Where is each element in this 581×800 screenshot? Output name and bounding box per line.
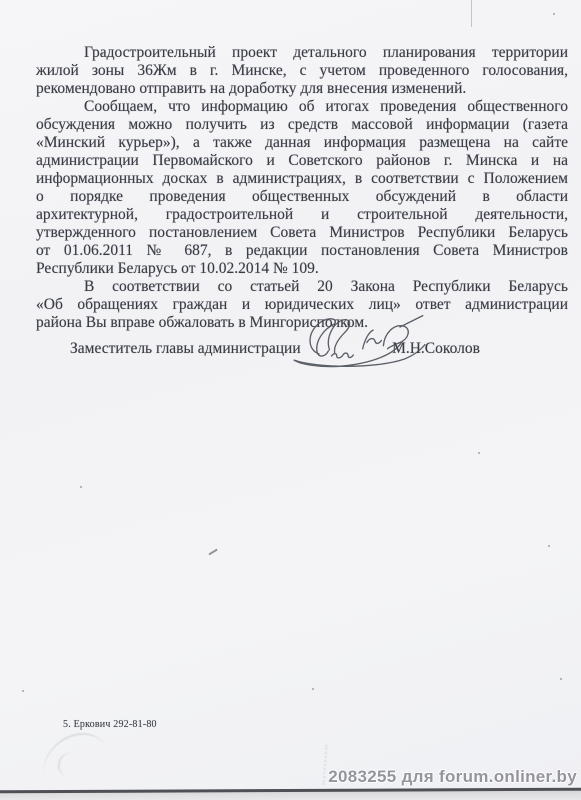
letter-line: Республики Беларусь от 10.02.2014 № 109. xyxy=(36,260,568,278)
dust-speck xyxy=(548,545,550,547)
letter-line: утвержденного постановлением Совета Мини… xyxy=(36,224,568,242)
handwritten-signature-scribble xyxy=(288,312,428,370)
letter-line: о порядке проведения общественных обсужд… xyxy=(36,188,568,206)
signer-title: Заместитель главы администрации xyxy=(70,340,301,358)
letter-line: Градостроительный проект детального план… xyxy=(36,44,568,62)
watermark-text: 2083255 для forum.onliner.by xyxy=(328,767,577,787)
letter-line: В соответствии со статьей 20 Закона Респ… xyxy=(36,278,568,296)
paper-crease-mark xyxy=(471,0,472,27)
dust-speck xyxy=(101,52,103,55)
letter-line: архитектурной, градостроительной и строи… xyxy=(36,206,568,224)
scanned-letter-page: Градостроительный проект детального план… xyxy=(0,0,581,800)
dust-speck xyxy=(80,486,82,488)
letter-body-text: Градостроительный проект детального план… xyxy=(36,44,568,332)
letter-line: обсуждения можно получить из средств мас… xyxy=(36,116,568,134)
dirt-slash-mark xyxy=(208,548,217,555)
dust-speck xyxy=(478,452,480,454)
letter-line: Сообщаем, что информацию об итогах прове… xyxy=(36,98,568,116)
letter-line: рекомендовано отправить на доработку для… xyxy=(36,80,568,98)
dust-speck xyxy=(22,690,24,692)
dust-speck xyxy=(312,688,314,690)
dust-speck xyxy=(553,13,555,15)
letter-line: информационных досках в администрациях, … xyxy=(36,170,568,188)
letter-line: администрации Первомайского и Советского… xyxy=(36,152,568,170)
letter-line: жилой зоны 36Жм в г. Минске, с учетом пр… xyxy=(36,62,568,80)
letter-line: от 01.06.2011 № 687, в редакции постанов… xyxy=(36,242,568,260)
dust-speck xyxy=(560,678,562,680)
executor-contact-line: 5. Еркович 292-81-80 xyxy=(63,719,157,731)
letter-line: «Минский курьер»), а также данная информ… xyxy=(36,134,568,152)
